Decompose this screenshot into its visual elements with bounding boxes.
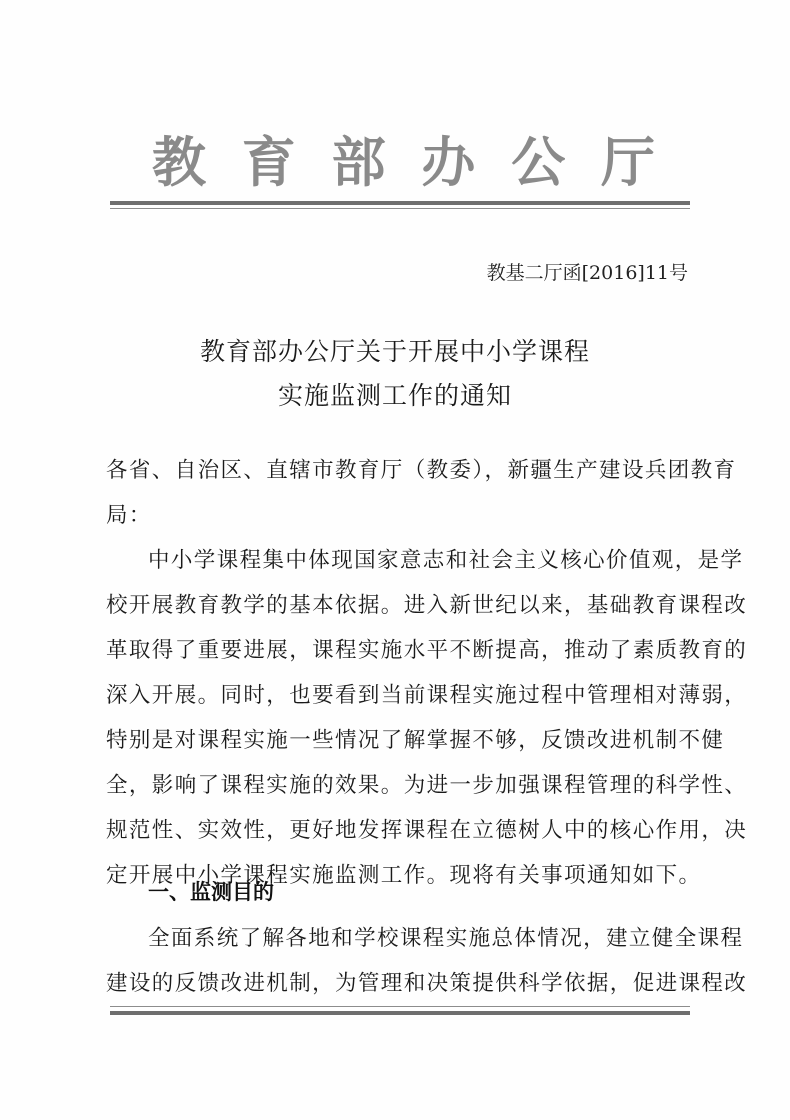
- paragraph-line: 特别是对课程实施一些情况了解掌握不够，反馈改进机制不健: [106, 718, 694, 763]
- footer-rule-thick: [110, 1011, 690, 1015]
- paragraph-line: 全，影响了课程实施的效果。为进一步加强课程管理的科学性、: [106, 763, 694, 808]
- section-paragraph: 全面系统了解各地和学校课程实施总体情况，建立健全课程 建设的反馈改进机制，为管理…: [106, 916, 694, 1006]
- paragraph-line: 校开展教育教学的基本依据。进入新世纪以来，基础教育课程改: [106, 583, 694, 628]
- letterhead-char: 厅: [601, 120, 655, 197]
- salutation-line: 局：: [106, 493, 694, 538]
- letterhead-char: 公: [511, 120, 565, 197]
- header-rule-thin: [110, 208, 690, 209]
- header-rule-thick: [110, 201, 690, 205]
- paragraph-line: 深入开展。同时，也要看到当前课程实施过程中管理相对薄弱，: [106, 673, 694, 718]
- section-heading: 一、监测目的: [148, 876, 274, 906]
- letterhead-char: 教: [152, 120, 206, 197]
- paragraph-line: 规范性、实效性，更好地发挥课程在立德树人中的核心作用，决: [106, 808, 694, 853]
- salutation-line: 各省、自治区、直辖市教育厅（教委），新疆生产建设兵团教育: [106, 448, 694, 493]
- letterhead-char: 育: [242, 120, 296, 197]
- document-title-line-2: 实施监测工作的通知: [0, 376, 790, 412]
- paragraph-line: 建设的反馈改进机制，为管理和决策提供科学依据，促进课程改: [106, 961, 694, 1006]
- letterhead-char: 部: [332, 120, 386, 197]
- document-title-line-1: 教育部办公厅关于开展中小学课程: [0, 332, 790, 368]
- letterhead: 教 育 部 办 公 厅: [110, 128, 690, 188]
- footer-rule-thin: [110, 1006, 690, 1007]
- paragraph-line: 中小学课程集中体现国家意志和社会主义核心价值观，是学: [106, 538, 694, 583]
- document-page: 教 育 部 办 公 厅 教基二厅函[2016]11号 教育部办公厅关于开展中小学…: [0, 0, 790, 1120]
- document-number: 教基二厅函[2016]11号: [487, 258, 688, 285]
- letterhead-char: 办: [421, 120, 475, 197]
- paragraph-line: 革取得了重要进展，课程实施水平不断提高，推动了素质教育的: [106, 628, 694, 673]
- salutation: 各省、自治区、直辖市教育厅（教委），新疆生产建设兵团教育 局：: [106, 448, 694, 538]
- paragraph-intro: 中小学课程集中体现国家意志和社会主义核心价值观，是学 校开展教育教学的基本依据。…: [106, 538, 694, 898]
- paragraph-line: 全面系统了解各地和学校课程实施总体情况，建立健全课程: [106, 916, 694, 961]
